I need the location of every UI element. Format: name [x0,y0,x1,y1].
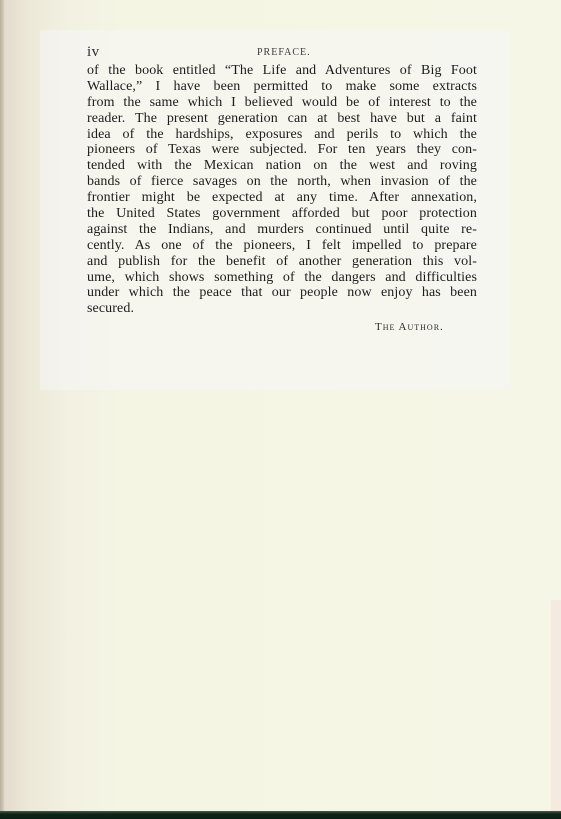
text-line: reader. The present generation can at be… [87,111,477,127]
page-number: iv [87,44,100,61]
page-header: iv PREFACE. [87,44,477,60]
scanner-bottom-edge [0,811,561,819]
running-head: PREFACE. [257,47,311,58]
text-line: and publish for the benefit of another g… [87,254,477,270]
page-right-edge [551,600,561,811]
text-line: against the Indians, and murders continu… [87,222,477,238]
preface-text: of the book entitled “The Life and Adven… [87,63,477,317]
text-line: under which the peace that our people no… [87,285,477,301]
text-line: frontier might be expected at any time. … [87,190,477,206]
text-line: ume, which shows something of the danger… [87,270,477,286]
page-binding-edge [0,0,4,819]
text-line: the United States government afforded bu… [87,206,477,222]
text-line: secured. [87,301,477,317]
text-line: from the same which I believed would be … [87,95,477,111]
text-line: tended with the Mexican nation on the we… [87,158,477,174]
author-signature: The Author. [375,321,444,333]
text-line: bands of fierce savages on the north, wh… [87,174,477,190]
text-line: idea of the hardships, exposures and per… [87,127,477,143]
text-line: cently. As one of the pioneers, I felt i… [87,238,477,254]
text-line: Wallace,” I have been permitted to make … [87,79,477,95]
text-line: pioneers of Texas were subjected. For te… [87,142,477,158]
text-line: of the book entitled “The Life and Adven… [87,63,477,79]
